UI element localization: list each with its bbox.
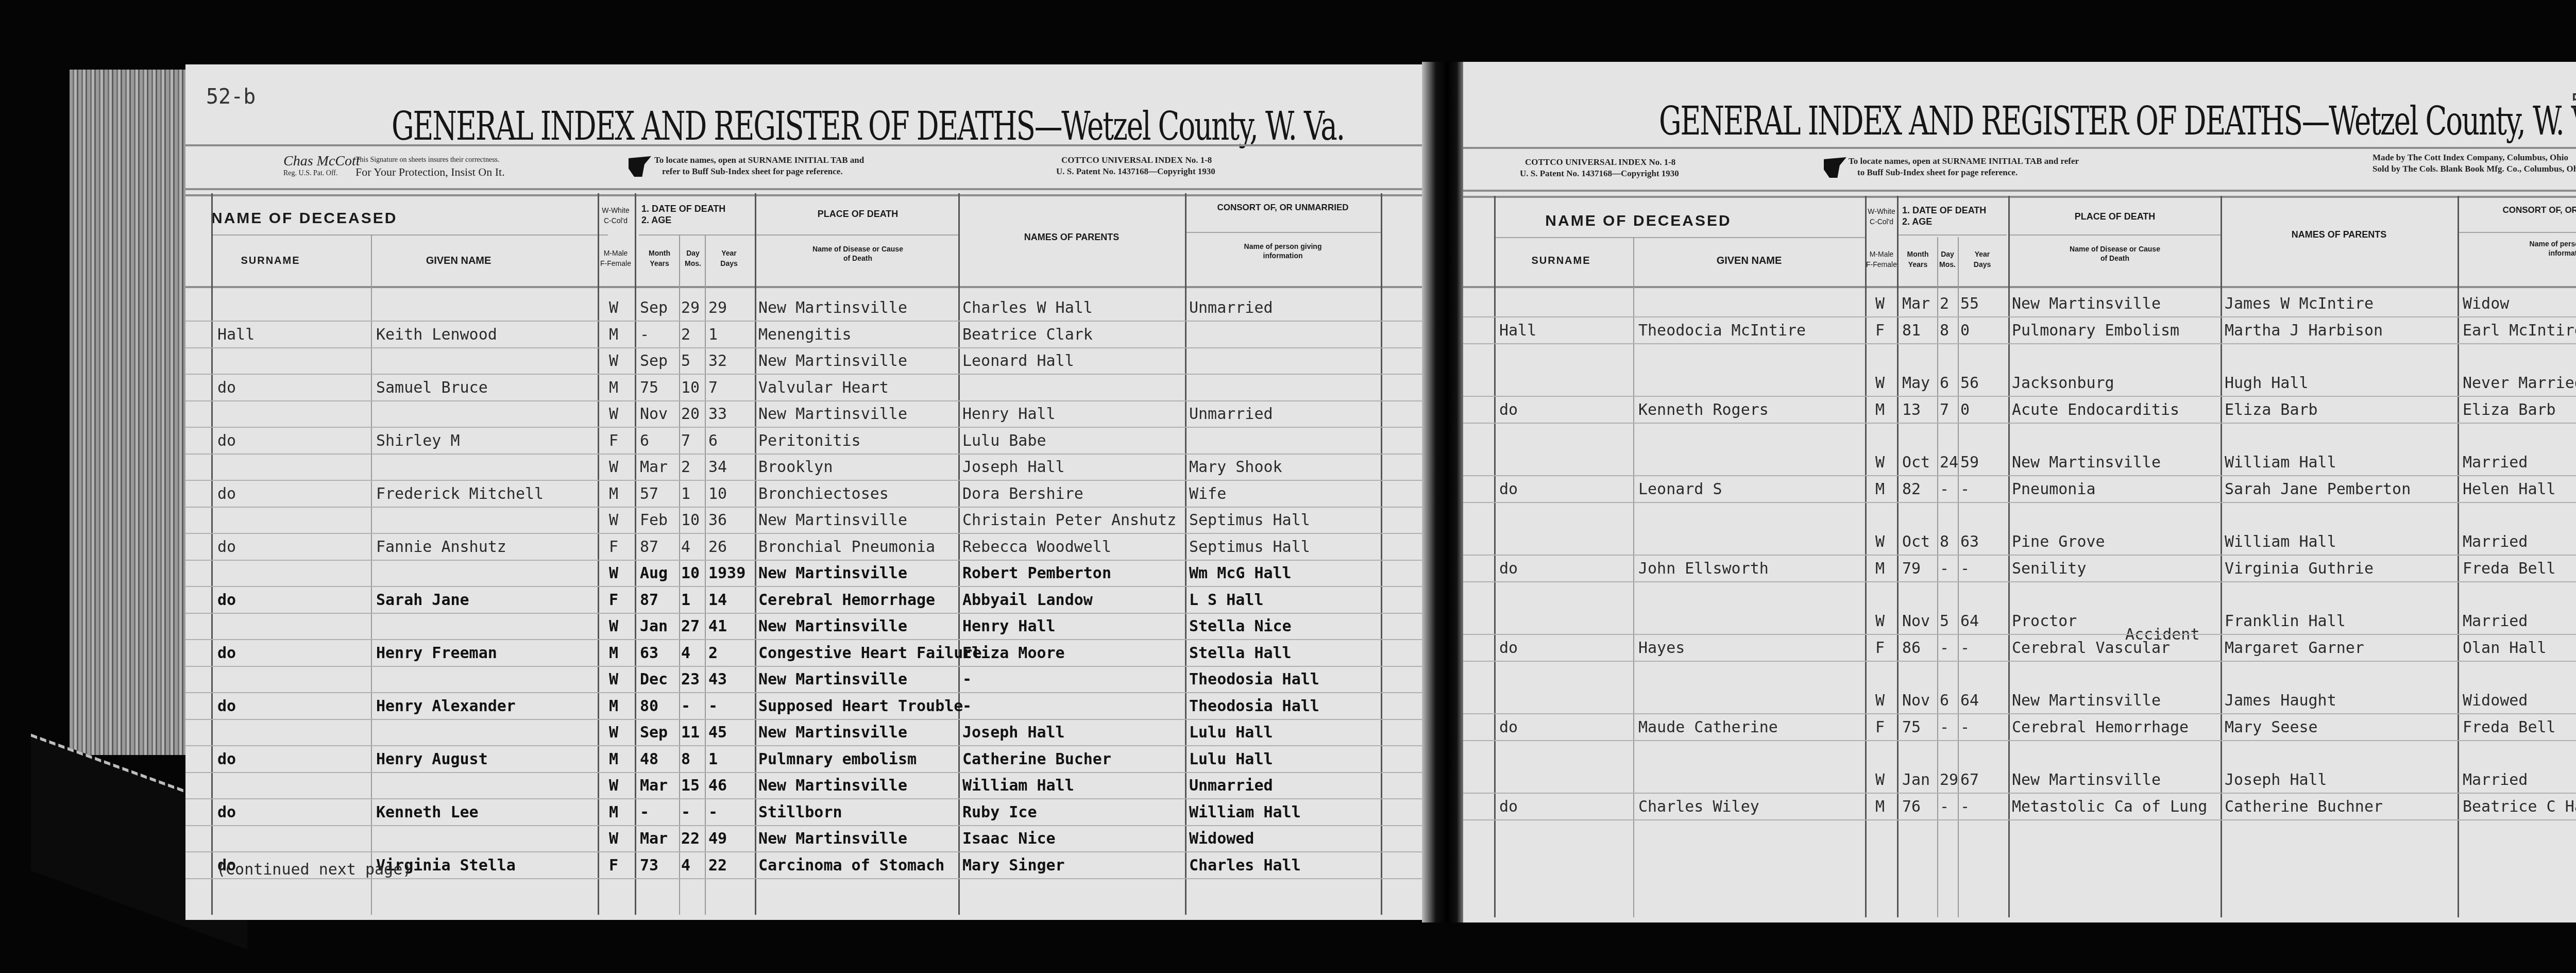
informant-cell: Earl McIntire — [2463, 322, 2576, 340]
place-of-death-cell: Pine Grove — [2012, 533, 2105, 551]
consort-cell: Never Married — [2463, 374, 2576, 392]
header-month: Month — [1899, 250, 1937, 258]
color-cell: W — [609, 617, 618, 635]
mother-name-cell: Catherine Buchner — [2225, 798, 2383, 816]
surname-cell: Hall — [217, 326, 255, 344]
header-informant-2: information — [2458, 249, 2576, 257]
given-name-cell: Keith Lenwood — [376, 326, 497, 344]
place-of-death-cell: New Martinsville — [2012, 295, 2161, 313]
age-months-cell: - — [1940, 718, 1949, 736]
column-divider — [1185, 193, 1187, 915]
column-divider — [371, 234, 372, 915]
cause-of-death-cell: Bronchiectoses — [758, 485, 889, 503]
informant-cell: L S Hall — [1189, 591, 1264, 609]
row-rule — [1463, 713, 2576, 714]
age-months-cell: 7 — [1940, 401, 1949, 419]
consort-cell: Married — [2463, 533, 2528, 551]
column-divider — [635, 193, 636, 915]
header-cause-1: Name of Disease or Cause — [2009, 245, 2221, 253]
death-year-cell: 43 — [708, 670, 727, 689]
cause-of-death-cell: Cerebral Hemorrhage — [2012, 718, 2189, 736]
row-rule — [185, 772, 1422, 773]
place-of-death-cell: New Martinsville — [758, 352, 907, 370]
header-rule — [185, 144, 1422, 146]
age-years-cell: 81 — [1902, 322, 1921, 340]
informant-cell: Beatrice C Hall — [2463, 798, 2576, 816]
header-bottom-rule — [1463, 286, 2576, 288]
death-month-cell: Aug — [640, 564, 668, 582]
color-cell: W — [1875, 771, 1885, 789]
cause-of-death-cell: Cerebral Hemorrhage — [758, 591, 935, 609]
row-rule — [185, 745, 1422, 746]
left-page: 52-b GENERAL INDEX AND REGISTER OF DEATH… — [185, 64, 1422, 920]
header-cause-2: of Death — [757, 254, 958, 262]
age-months-cell: - — [1940, 798, 1949, 816]
age-days-cell: - — [1960, 639, 1970, 657]
maker-note-2: Sold by The Cols. Blank Book Mfg. Co., C… — [2372, 164, 2576, 174]
place-of-death-cell: New Martinsville — [758, 564, 907, 582]
row-rule — [1463, 502, 2576, 503]
surname-cell: do — [217, 697, 236, 715]
row-rule — [1463, 343, 2576, 344]
death-year-cell: 45 — [708, 724, 727, 742]
column-divider — [1897, 196, 1899, 917]
given-name-cell: Charles Wiley — [1638, 798, 1759, 816]
subheader-rule — [2009, 234, 2221, 236]
death-month-cell: Sep — [640, 299, 668, 317]
header-informant-1: Name of person giving — [1185, 242, 1381, 250]
color-cell: W — [609, 670, 618, 689]
informant-cell: Charles Hall — [1189, 857, 1301, 875]
given-name-cell: Theodocia McIntire — [1638, 322, 1806, 340]
header-sex-2: F-Female — [598, 259, 634, 267]
column-divider — [1494, 196, 1496, 917]
age-years-cell: 75 — [1902, 718, 1921, 736]
place-of-death-cell: New Martinsville — [758, 299, 907, 317]
death-day-cell: 6 — [1940, 692, 1949, 710]
mother-name-cell: Virginia Guthrie — [2225, 560, 2374, 578]
given-name-cell: Shirley M — [376, 432, 460, 450]
sex-cell: F — [1875, 718, 1885, 736]
age-months-cell: 7 — [681, 432, 690, 450]
cause-of-death-cell: Senility — [2012, 560, 2087, 578]
sex-cell: M — [609, 485, 618, 503]
given-name-cell: Henry Freeman — [376, 644, 497, 662]
row-rule — [185, 454, 1422, 455]
header-consort: CONSORT OF, OR UNMARRIED — [2458, 205, 2576, 215]
column-divider — [2008, 196, 2010, 917]
death-day-cell: 20 — [681, 405, 700, 423]
death-day-cell: 11 — [681, 724, 700, 742]
subheader-rule — [1899, 234, 2007, 236]
sex-cell: F — [609, 591, 618, 609]
death-year-cell: 63 — [1960, 533, 1979, 551]
father-name-cell: Henry Hall — [962, 617, 1056, 635]
cause-of-death-cell: Bronchial Pneumonia — [758, 538, 935, 556]
row-rule — [185, 374, 1422, 375]
row-rule — [185, 692, 1422, 693]
death-year-cell: 64 — [1960, 692, 1979, 710]
place-of-death-cell: Jacksonburg — [2012, 374, 2114, 392]
given-name-cell: Kenneth Lee — [376, 803, 479, 821]
death-month-cell: Nov — [1902, 612, 1930, 630]
header-cause-1: Name of Disease or Cause — [757, 245, 958, 253]
age-days-cell: 1 — [708, 750, 718, 768]
surname-cell: do — [217, 803, 236, 821]
color-cell: W — [609, 777, 618, 795]
death-year-cell: 32 — [708, 352, 727, 370]
sex-cell: M — [1875, 480, 1885, 498]
age-days-cell: - — [708, 803, 718, 821]
surname-cell: Hall — [1499, 322, 1536, 340]
father-name-cell: Joseph Hall — [962, 458, 1065, 476]
mother-name-cell: Beatrice Clark — [962, 326, 1093, 344]
death-year-cell: 49 — [708, 830, 727, 848]
death-day-cell: 8 — [1940, 533, 1949, 551]
page-number: 52-b — [206, 85, 256, 109]
mother-name-cell: Margaret Garner — [2225, 639, 2364, 657]
cause-of-death-cell: Acute Endocarditis — [2012, 401, 2179, 419]
cause-of-death-cell: Metastolic Ca of Lung — [2012, 798, 2207, 816]
death-day-cell: 10 — [681, 564, 700, 582]
color-cell: W — [609, 405, 618, 423]
given-name-cell: Leonard S — [1638, 480, 1722, 498]
age-years-cell: 82 — [1902, 480, 1921, 498]
age-days-cell: 10 — [708, 485, 727, 503]
age-years-cell: 86 — [1902, 639, 1921, 657]
book-gutter — [1422, 62, 1468, 922]
color-cell: W — [1875, 295, 1885, 313]
header-years: Years — [1899, 260, 1937, 269]
color-cell: W — [1875, 533, 1885, 551]
death-month-cell: Nov — [1902, 692, 1930, 710]
age-days-cell: - — [1960, 718, 1970, 736]
surname-cell: do — [1499, 718, 1518, 736]
color-cell: W — [609, 724, 618, 742]
age-days-cell: 7 — [708, 379, 718, 397]
index-note-1: COTTCO UNIVERSAL INDEX No. 1-8 — [1061, 155, 1212, 165]
mother-name-cell: Eliza Barb — [2225, 401, 2318, 419]
cause-of-death-cell: Valvular Heart — [758, 379, 889, 397]
column-divider — [1937, 237, 1938, 917]
row-rule — [185, 666, 1422, 667]
age-days-cell: 6 — [708, 432, 718, 450]
header-date-2: 2. AGE — [641, 215, 755, 226]
mother-name-cell: Ruby Ice — [962, 803, 1037, 821]
surname-cell: do — [1499, 639, 1518, 657]
age-days-cell: - — [708, 697, 718, 715]
age-months-cell: 4 — [681, 644, 690, 662]
row-rule — [185, 586, 1422, 587]
row-rule — [1463, 475, 2576, 476]
surname-cell: do — [217, 750, 236, 768]
age-months-cell: 1 — [681, 591, 690, 609]
surname-cell: do — [217, 644, 236, 662]
header-given-name: GIVEN NAME — [371, 255, 546, 267]
header-year: Year — [1958, 250, 2007, 258]
header-surname: SURNAME — [211, 255, 330, 267]
sex-cell: F — [1875, 639, 1885, 657]
place-of-death-cell: New Martinsville — [2012, 771, 2161, 789]
row-rule — [185, 613, 1422, 614]
row-rule — [185, 427, 1422, 428]
father-name-cell: Joseph Hall — [2225, 771, 2327, 789]
age-months-cell: 4 — [681, 857, 690, 875]
father-name-cell: Charles W Hall — [962, 299, 1093, 317]
consort-cell: Unmarried — [1189, 405, 1273, 423]
death-day-cell: 23 — [681, 670, 700, 689]
place-of-death-cell: New Martinsville — [758, 777, 907, 795]
header-rule — [185, 188, 1422, 190]
place-of-death-cell: New Martinsville — [758, 670, 907, 689]
age-years-cell: 79 — [1902, 560, 1921, 578]
death-month-cell: Sep — [640, 352, 668, 370]
death-month-cell: Sep — [640, 724, 668, 742]
age-years-cell: 80 — [640, 697, 658, 715]
header-days: Days — [706, 259, 752, 267]
consort-cell: Stella Nice — [1189, 617, 1292, 635]
row-rule — [185, 321, 1422, 322]
consort-cell: Married — [2463, 771, 2528, 789]
header-rule — [1463, 196, 2576, 198]
given-name-cell: Sarah Jane — [376, 591, 469, 609]
age-days-cell: 22 — [708, 857, 727, 875]
age-days-cell: 14 — [708, 591, 727, 609]
row-rule — [185, 533, 1422, 534]
mother-name-cell: Mary Singer — [962, 857, 1065, 875]
age-days-cell: - — [1960, 480, 1970, 498]
color-cell: W — [609, 511, 618, 529]
subheader-rule — [1185, 232, 1381, 233]
header-date-1: 1. DATE OF DEATH — [641, 204, 755, 214]
mother-name-cell: Rebecca Woodwell — [962, 538, 1111, 556]
age-months-cell: - — [681, 697, 690, 715]
age-months-cell: - — [1940, 560, 1949, 578]
mother-name-cell: - — [962, 697, 972, 715]
given-name-cell: Samuel Bruce — [376, 379, 488, 397]
consort-cell: Theodosia Hall — [1189, 670, 1319, 689]
age-days-cell: - — [1960, 560, 1970, 578]
father-name-cell: William Hall — [2225, 533, 2336, 551]
informant-cell: Eliza Barb — [2463, 401, 2556, 419]
death-day-cell: 10 — [681, 511, 700, 529]
informant-cell: Stella Hall — [1189, 644, 1292, 662]
surname-cell: do — [1499, 401, 1518, 419]
given-name-cell: Kenneth Rogers — [1638, 401, 1769, 419]
age-months-cell: 8 — [681, 750, 690, 768]
subheader-rule — [211, 234, 608, 236]
cause-of-death-cell: Stillborn — [758, 803, 842, 821]
cause-of-death-cell: Peritonitis — [758, 432, 861, 450]
surname-cell: do — [1499, 560, 1518, 578]
father-name-cell: Isaac Nice — [962, 830, 1056, 848]
mother-name-cell: Mary Seese — [2225, 718, 2318, 736]
age-years-cell: 87 — [640, 538, 658, 556]
surname-cell: do — [217, 538, 236, 556]
death-day-cell: 2 — [1940, 295, 1949, 313]
place-of-death-cell: New Martinsville — [2012, 454, 2161, 472]
consort-cell: Lulu Hall — [1189, 724, 1273, 742]
age-months-cell: 8 — [1940, 322, 1949, 340]
row-rule — [1463, 396, 2576, 397]
cause-of-death-cell: Pneumonia — [2012, 480, 2096, 498]
index-note-2: U. S. Patent No. 1437168—Copyright 1930 — [1056, 166, 1215, 177]
age-months-cell: 1 — [681, 485, 690, 503]
informant-cell: Theodosia Hall — [1189, 697, 1319, 715]
header-sex-1: M-Male — [598, 249, 634, 257]
column-divider — [2458, 196, 2459, 917]
sex-cell: M — [1875, 798, 1885, 816]
header-sex-1: M-Male — [1866, 250, 1897, 258]
consort-cell: Wm McG Hall — [1189, 564, 1292, 582]
consort-cell: Widowed — [2463, 692, 2528, 710]
death-year-cell: 56 — [1960, 374, 1979, 392]
mother-name-cell: Sarah Jane Pemberton — [2225, 480, 2411, 498]
father-name-cell: Franklin Hall — [2225, 612, 2346, 630]
death-month-cell: Jan — [640, 617, 668, 635]
death-month-cell: Nov — [640, 405, 668, 423]
consort-cell: Married — [2463, 612, 2528, 630]
locate-note-2: to Buff Sub-Index sheet for page referen… — [1857, 167, 2018, 178]
color-cell: W — [1875, 612, 1885, 630]
age-months-cell: - — [1940, 639, 1949, 657]
death-month-cell: Mar — [640, 830, 668, 848]
sex-cell: M — [609, 750, 618, 768]
given-name-cell: Henry August — [376, 750, 488, 768]
age-years-cell: - — [640, 326, 649, 344]
header-given-name: GIVEN NAME — [1633, 255, 1865, 267]
row-rule — [185, 347, 1422, 348]
place-of-death-cell: Brooklyn — [758, 458, 833, 476]
death-month-cell: May — [1902, 374, 1930, 392]
locate-note-2: refer to Buff Sub-Index sheet for page r… — [662, 166, 843, 177]
index-note-2: U. S. Patent No. 1437168—Copyright 1930 — [1520, 169, 1679, 179]
death-day-cell: 5 — [1940, 612, 1949, 630]
place-of-death-cell: New Martinsville — [758, 830, 907, 848]
subheader-rule — [1494, 237, 1865, 238]
death-day-cell: 2 — [681, 458, 690, 476]
sex-cell: M — [609, 697, 618, 715]
header-day: Day — [1937, 250, 1958, 258]
age-years-cell: 57 — [640, 485, 658, 503]
column-divider — [2221, 196, 2222, 917]
father-name-cell: Christain Peter Anshutz — [962, 511, 1176, 529]
subheader-rule — [757, 234, 958, 236]
age-months-cell: 10 — [681, 379, 700, 397]
column-divider — [679, 234, 680, 915]
age-years-cell: 48 — [640, 750, 658, 768]
given-name-cell: Fannie Anshutz — [376, 538, 506, 556]
row-rule — [1463, 793, 2576, 794]
pointing-hand-icon — [629, 156, 651, 177]
consort-cell: Widow — [2463, 295, 2509, 313]
informant-cell: Lulu Hall — [1189, 750, 1273, 768]
given-name-cell: Henry Alexander — [376, 697, 516, 715]
cause-of-death-cell: Supposed Heart Trouble — [758, 697, 963, 715]
consort-cell: Unmarried — [1189, 777, 1273, 795]
death-month-cell: Mar — [640, 777, 668, 795]
sex-cell: F — [609, 538, 618, 556]
header-rule — [1463, 190, 2576, 192]
sex-cell: M — [1875, 560, 1885, 578]
informant-cell: Freda Bell — [2463, 718, 2556, 736]
age-days-cell: - — [1960, 798, 1970, 816]
father-name-cell: William Hall — [962, 777, 1074, 795]
mother-name-cell: Abbyail Landow — [962, 591, 1093, 609]
header-year: Year — [706, 249, 752, 257]
given-name-cell: Hayes — [1638, 639, 1685, 657]
age-years-cell: 87 — [640, 591, 658, 609]
row-rule — [1463, 740, 2576, 741]
death-month-cell: Feb — [640, 511, 668, 529]
death-day-cell: 27 — [681, 617, 700, 635]
death-day-cell: 29 — [1940, 771, 1958, 789]
father-name-cell: Joseph Hall — [962, 724, 1065, 742]
header-name-of-deceased: NAME OF DECEASED — [211, 210, 376, 228]
header-rule — [185, 194, 1422, 196]
column-divider — [598, 193, 599, 915]
death-year-cell: 33 — [708, 405, 727, 423]
death-day-cell: 24 — [1940, 454, 1958, 472]
header-date-2: 2. AGE — [1902, 216, 2005, 227]
cause-of-death-cell: Carcinoma of Stomach — [758, 857, 944, 875]
given-name-cell: Maude Catherine — [1638, 718, 1778, 736]
death-day-cell: 6 — [1940, 374, 1949, 392]
sex-cell: F — [1875, 322, 1885, 340]
death-day-cell: 29 — [681, 299, 700, 317]
locate-note-1: To locate names, open at SURNAME INITIAL… — [1849, 156, 2079, 166]
header-years: Years — [639, 259, 680, 267]
color-cell: W — [1875, 692, 1885, 710]
surname-cell: do — [217, 379, 236, 397]
column-divider — [1381, 193, 1382, 915]
consort-cell: Septimus Hall — [1189, 511, 1310, 529]
row-rule — [1463, 316, 2576, 317]
header-sex-2: F-Female — [1866, 260, 1897, 269]
age-months-cell: - — [1940, 480, 1949, 498]
sex-cell: M — [1875, 401, 1885, 419]
subheader-rule — [2458, 232, 2576, 233]
age-years-cell: 63 — [640, 644, 658, 662]
consort-cell: Mary Shook — [1189, 458, 1282, 476]
death-year-cell: 59 — [1960, 454, 1979, 472]
age-days-cell: 1 — [708, 326, 718, 344]
page-title: GENERAL INDEX AND REGISTER OF DEATHS—Wet… — [1659, 98, 2576, 144]
informant-cell: Helen Hall — [2463, 480, 2556, 498]
header-day: Day — [680, 249, 706, 257]
column-divider — [1633, 237, 1634, 917]
age-years-cell: - — [640, 803, 649, 821]
death-month-cell: Mar — [1902, 295, 1930, 313]
cause-of-death-cell: Menengitis — [758, 326, 852, 344]
informant-cell: Wife — [1189, 485, 1226, 503]
death-month-cell: Mar — [640, 458, 668, 476]
consort-cell: Married — [2463, 454, 2528, 472]
age-days-cell: 26 — [708, 538, 727, 556]
mother-name-cell: Martha J Harbison — [2225, 322, 2383, 340]
place-of-death-cell: New Martinsville — [2012, 692, 2161, 710]
row-rule — [185, 719, 1422, 720]
header-informant-2: information — [1185, 251, 1381, 260]
header-parents: NAMES OF PARENTS — [2221, 229, 2458, 240]
place-of-death-cell: New Martinsville — [758, 511, 907, 529]
father-name-cell: William Hall — [2225, 454, 2336, 472]
index-note-1: COTTCO UNIVERSAL INDEX No. 1-8 — [1525, 157, 1675, 167]
age-years-cell: 76 — [1902, 798, 1921, 816]
death-year-cell: 41 — [708, 617, 727, 635]
surname-cell: do — [217, 432, 236, 450]
header-informant-1: Name of person giving — [2458, 240, 2576, 248]
